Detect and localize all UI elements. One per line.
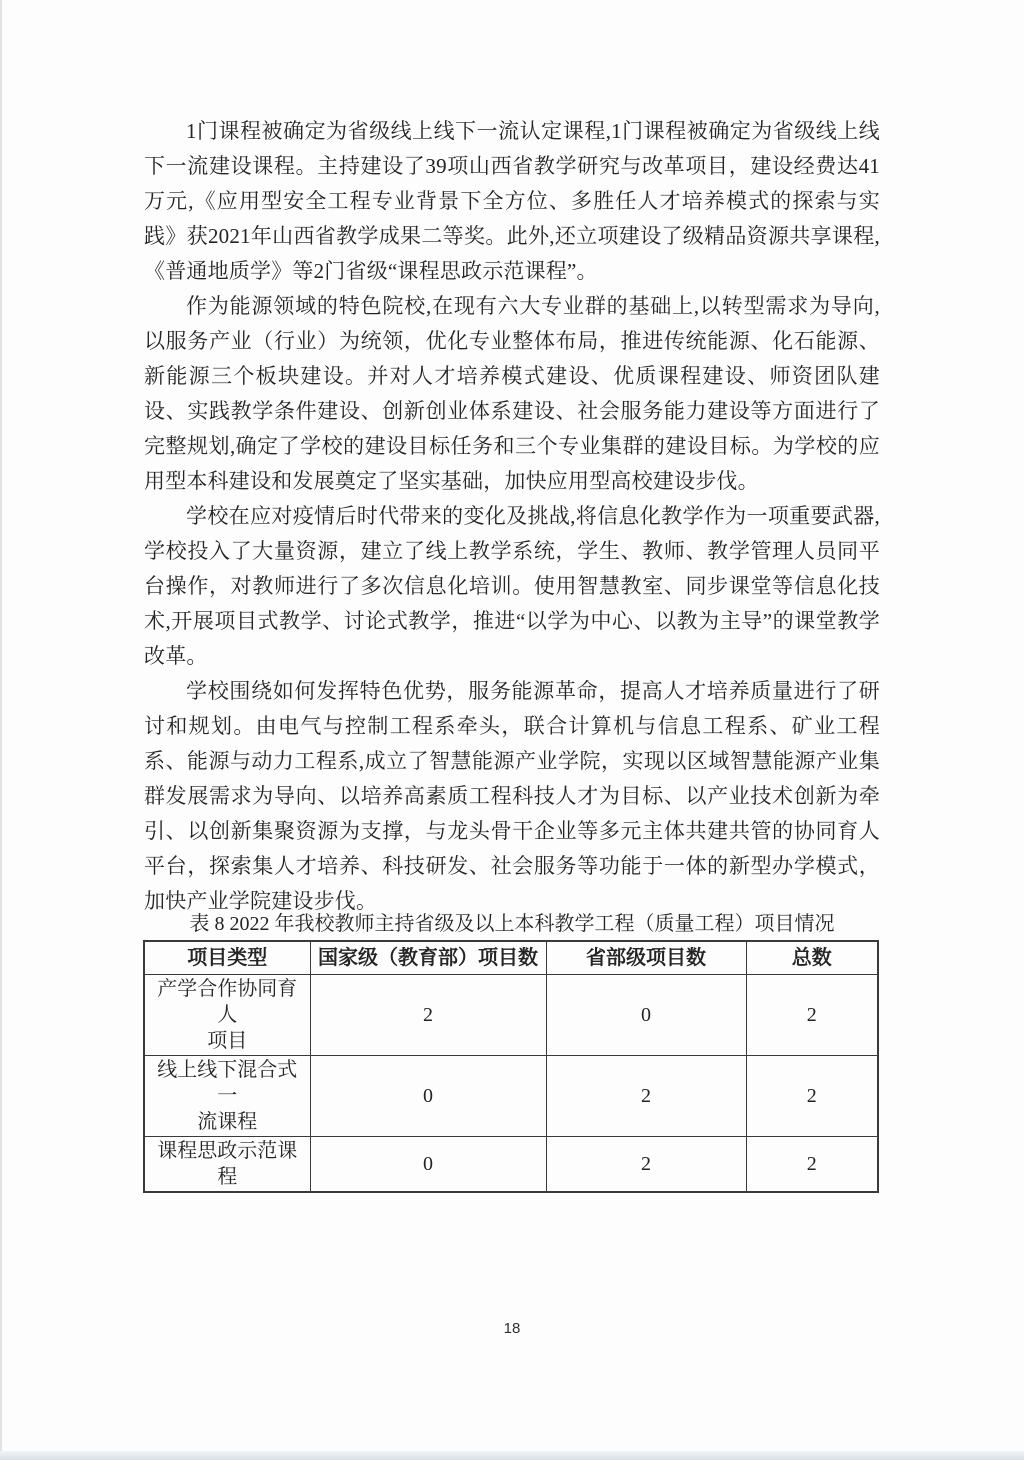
cell-national-count: 2 — [310, 975, 546, 1056]
table-row-industry-education: 产学合作协同育人 项目 2 0 2 — [144, 975, 878, 1056]
cell-provincial-count: 2 — [546, 1137, 746, 1193]
cell-total: 2 — [746, 975, 878, 1056]
projects-table: 项目类型 国家级（教育部）项目数 省部级项目数 总数 产学合作协同育人 项目 2… — [143, 940, 879, 1193]
paragraph-specialty-groups: 作为能源领域的特色院校,在现有六大专业群的基础上,以转型需求为导向,以服务产业（… — [144, 289, 880, 499]
paragraph-informatization: 学校在应对疫情后时代带来的变化及挑战,将信息化教学作为一项重要武器,学校投入了大… — [144, 499, 880, 674]
cell-project-type: 产学合作协同育人 项目 — [144, 975, 310, 1056]
table-caption: 表 8 2022 年我校教师主持省级及以上本科教学工程（质量工程）项目情况 — [144, 907, 880, 936]
paragraph-courses: 1门课程被确定为省级线上线下一流认定课程,1门课程被确定为省级线上线下一流建设课… — [144, 114, 880, 289]
page-left-edge-line — [0, 0, 2, 1460]
header-total: 总数 — [746, 941, 878, 975]
header-national-count: 国家级（教育部）项目数 — [310, 941, 546, 975]
header-project-type: 项目类型 — [144, 941, 310, 975]
cell-total: 2 — [746, 1056, 878, 1137]
body-text: 1门课程被确定为省级线上线下一流认定课程,1门课程被确定为省级线上线下一流建设课… — [144, 114, 880, 919]
table-row-ideological-courses: 课程思政示范课程 0 2 2 — [144, 1137, 878, 1193]
cell-provincial-count: 2 — [546, 1056, 746, 1137]
page-number: 18 — [0, 1320, 1024, 1337]
paragraph-industry-college: 学校围绕如何发挥特色优势，服务能源革命，提高人才培养质量进行了研讨和规划。由电气… — [144, 674, 880, 919]
document-page: 1门课程被确定为省级线上线下一流认定课程,1门课程被确定为省级线上线下一流建设课… — [0, 0, 1024, 1460]
cell-national-count: 0 — [310, 1137, 546, 1193]
cell-total: 2 — [746, 1137, 878, 1193]
header-provincial-count: 省部级项目数 — [546, 941, 746, 975]
cell-provincial-count: 0 — [546, 975, 746, 1056]
table-row-blended-courses: 线上线下混合式一 流课程 0 2 2 — [144, 1056, 878, 1137]
cell-project-type: 课程思政示范课程 — [144, 1137, 310, 1193]
cell-project-type: 线上线下混合式一 流课程 — [144, 1056, 310, 1137]
table-header-row: 项目类型 国家级（教育部）项目数 省部级项目数 总数 — [144, 941, 878, 975]
cell-national-count: 0 — [310, 1056, 546, 1137]
scan-bottom-edge — [0, 1451, 1024, 1460]
